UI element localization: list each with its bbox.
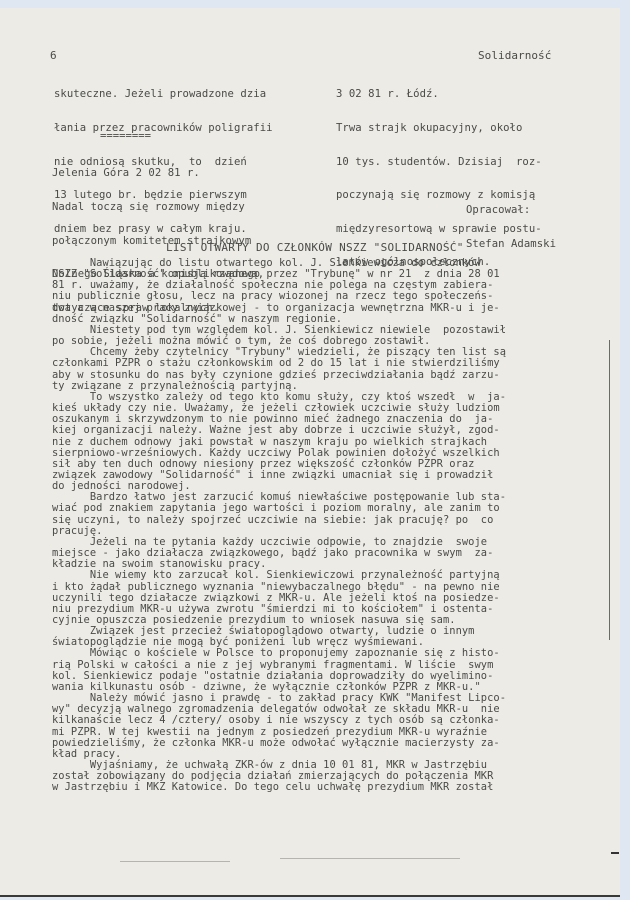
text-line: nie z duchem odnowy jaki powstał w naszy… [52, 437, 506, 448]
text-line: kiej organizacji należy. Ważne jest aby … [52, 425, 506, 436]
letter-title: LIST OTWARTY DO CZŁONKÓW NSZZ "SOLIDARNO… [166, 242, 464, 253]
letter-body: Nawiązując do listu otwartego kol. J. Si… [52, 258, 506, 794]
scan-artifact [280, 858, 460, 859]
margin-mark [611, 852, 619, 854]
text-line: niu publicznie głosu, lecz na pracy wioz… [52, 291, 506, 302]
text-line: wiać pod znakiem zapytania jego wartości… [52, 503, 506, 514]
author-signature: Opracował: Stefan Adamski [466, 183, 556, 261]
text-line: w Jastrzębiu i MKZ Katowice. Do tego cel… [52, 782, 506, 793]
margin-rule [609, 340, 610, 640]
text-line: członkami PZPR o stażu członkowskim od 2… [52, 358, 506, 369]
author-name: Stefan Adamski [466, 239, 556, 250]
text-line: łania przez pracowników poligrafii [54, 123, 273, 134]
text-line: skuteczne. Jeżeli prowadzone dzia [54, 89, 273, 100]
text-line: 3 02 81 r. Łódź. [336, 89, 542, 100]
text-line: się uczyni, to należy spojrzeć uczciwie … [52, 515, 506, 526]
scan-background-edge [620, 0, 630, 900]
section-separator: ======== [100, 131, 151, 142]
text-line: i kto żądał publicznego wyznania "niewyb… [52, 582, 506, 593]
text-line: kilkanaście lecz 4 /cztery/ osoby i nie … [52, 715, 506, 726]
text-line: 10 tys. studentów. Dzisiaj roz- [336, 157, 542, 168]
text-line: Nie wiemy kto zarzucał kol. Sienkiewiczo… [52, 570, 506, 581]
page-number: 6 [50, 50, 57, 61]
text-line: Nadal toczą się rozmowy między [52, 202, 264, 213]
text-line: Jelenia Góra 2 02 81 r. [52, 168, 264, 179]
publication-name: Solidarność [478, 50, 551, 61]
text-line: Mówiąc o kościele w Polsce to proponujem… [52, 648, 506, 659]
scan-artifact [120, 861, 230, 862]
author-label: Opracował: [466, 205, 556, 216]
text-line: Trwa strajk okupacyjny, około [336, 123, 542, 134]
